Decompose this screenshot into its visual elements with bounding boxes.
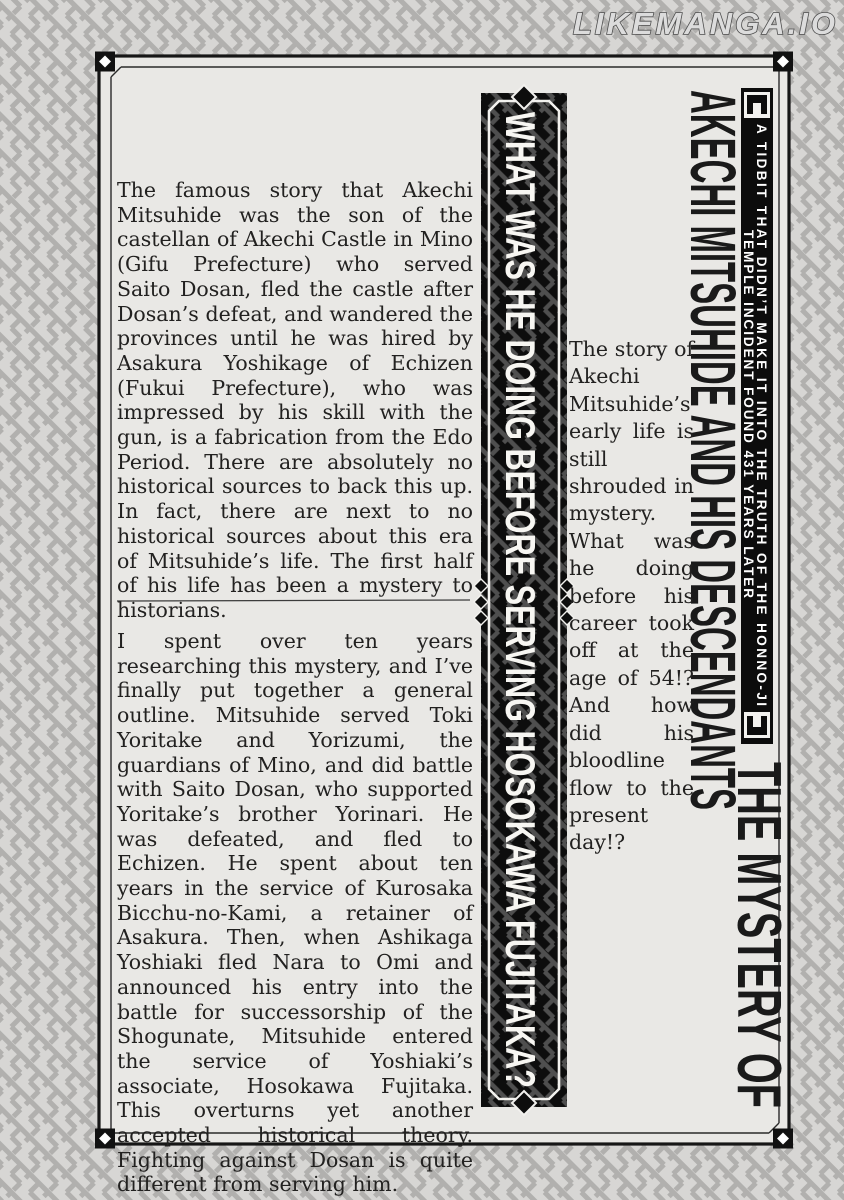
manga-page: LIKEMANGA.IO (0, 0, 844, 1200)
site-logo: LIKEMANGA.IO (573, 6, 838, 41)
intro-text: The story of Akechi Mitsuhide’s early li… (569, 336, 694, 857)
banner-title: WHAT WAS HE DOING BEFORE SERVING HOSOKAW… (497, 112, 544, 1088)
subtitle-strip: A TIDBIT THAT DIDN’T MAKE IT INTO THE TR… (741, 88, 773, 744)
paragraph-1: The famous story that Akechi Mitsuhide w… (117, 178, 473, 623)
bracket-close-icon (744, 712, 770, 738)
corner-ornament-tl (95, 52, 115, 72)
corner-ornament-bl (95, 1129, 115, 1149)
paragraph-2: I spent over ten years researching this … (117, 629, 473, 1197)
corner-ornament-br (773, 1129, 793, 1149)
subtitle-line2: TEMPLE INCIDENT FOUND 431 YEARS LATER (741, 230, 756, 598)
corner-ornament-tr (773, 52, 793, 72)
center-banner: WHAT WAS HE DOING BEFORE SERVING HOSOKAW… (474, 85, 574, 1115)
chapter-title-line1: THE MYSTERY OF (724, 762, 793, 1108)
bracket-open-icon (744, 92, 770, 118)
